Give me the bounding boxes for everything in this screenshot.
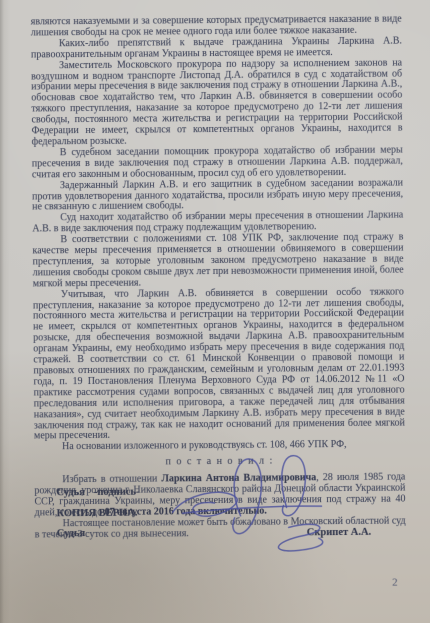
paragraph: В соответствии с положениями ст. 108 УПК… (32, 233, 403, 290)
document-photo: являются наказуемыми и за совершение кот… (0, 0, 430, 623)
judge-label: Судья (57, 528, 86, 539)
judge-name: Скрипет А.А. (307, 527, 372, 539)
paragraph: В судебном заседании помощник прокурора … (32, 145, 403, 181)
judge-signature-line: Судья-подпись- (56, 485, 405, 499)
paragraph: Задержанный Ларкин А.В. и его защитник в… (32, 178, 403, 214)
document-body: являются наказуемыми и за совершение кот… (31, 15, 406, 541)
page-number: 2 (392, 577, 398, 589)
copy-certification-label: КОПИЯ ВЕРНА. (57, 505, 406, 519)
paragraph: Учитывая, что Ларкин А.В. обвиняется в с… (33, 287, 405, 443)
document-page: являются наказуемыми и за совершение кот… (0, 0, 430, 623)
resolution-heading: п о с т а н о в и л : (34, 456, 405, 470)
paragraph: На основании изложенного и руководствуяс… (34, 440, 405, 454)
judge-label: Судья (56, 487, 85, 498)
judge-name-line: Судья Скрипет А.А. (57, 526, 406, 540)
paragraph: Заместитель Московского прокурора по над… (31, 58, 403, 148)
signature-block: Судья-подпись- КОПИЯ ВЕРНА. Судья Скрипе… (56, 485, 405, 549)
signature-placeholder: -подпись- (94, 487, 140, 498)
